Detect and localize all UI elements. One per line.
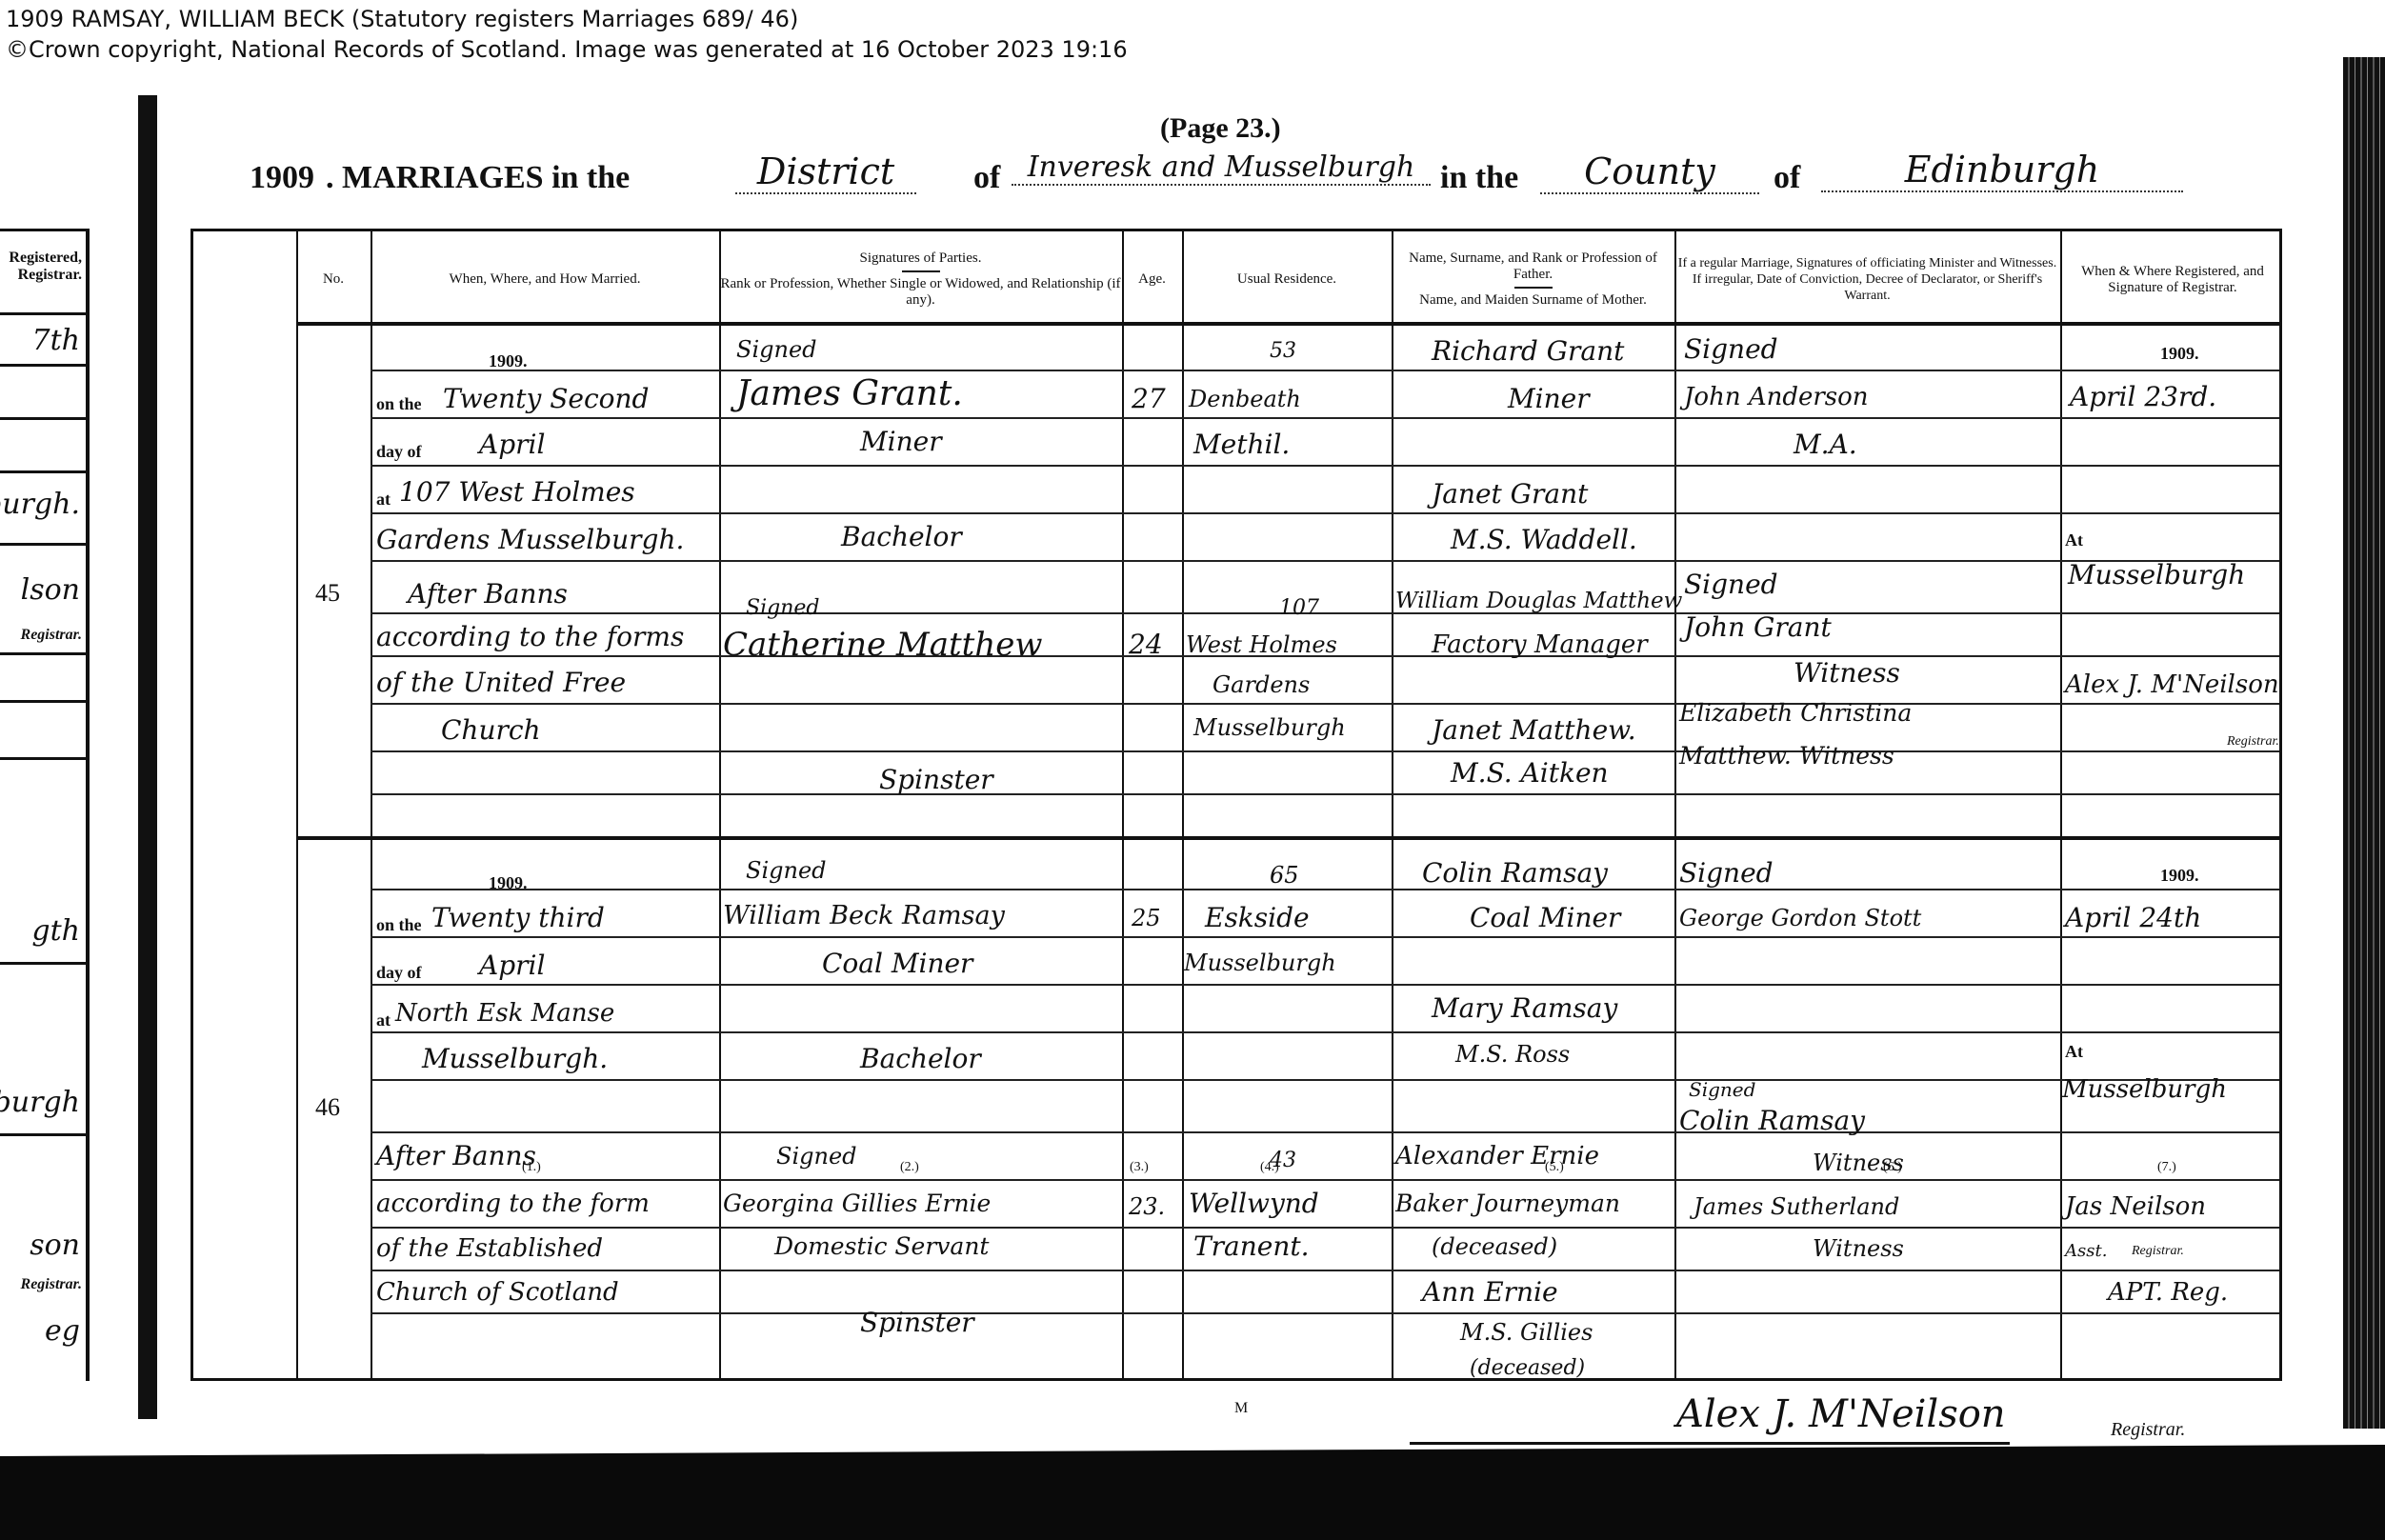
witness-2-name: Matthew. Witness bbox=[1679, 741, 1894, 771]
register-year: 1909 bbox=[250, 160, 314, 196]
header-age: Age. bbox=[1122, 239, 1182, 320]
left-page-entry: son bbox=[30, 1229, 80, 1262]
minister-signed: Signed bbox=[1684, 334, 1778, 365]
at-label: at bbox=[376, 484, 391, 514]
witnesses-signed: Signed bbox=[1684, 570, 1778, 600]
registrar-signature: Alex J. M'Neilson bbox=[2065, 670, 2279, 700]
bride-age: 23. bbox=[1129, 1191, 1165, 1222]
bride-occupation: Domestic Servant bbox=[774, 1231, 989, 1262]
marriage-year: 1909. bbox=[489, 346, 528, 376]
groom-occupation: Coal Miner bbox=[822, 949, 972, 979]
footer-registrar-signature: Alex J. M'Neilson bbox=[1676, 1392, 2006, 1436]
title-of: of bbox=[1774, 160, 1800, 196]
marriage-how: Church of Scotland bbox=[376, 1277, 619, 1308]
left-page-fragment: Registered, Registrar. 7th burgh. lson R… bbox=[0, 229, 90, 1381]
groom-mother: Janet Grant bbox=[1432, 479, 1588, 510]
groom-occupation: Miner bbox=[860, 427, 942, 457]
title-in-the: in the bbox=[1440, 160, 1518, 196]
registered-place: Musselburgh bbox=[2062, 1074, 2227, 1105]
groom-age: 27 bbox=[1132, 384, 1166, 414]
column-number: (7.) bbox=[2157, 1160, 2176, 1175]
marriage-place: Musselburgh. bbox=[422, 1044, 608, 1074]
registered-year: 1909. bbox=[2160, 860, 2199, 890]
registrar-label: Registrar. bbox=[2227, 727, 2279, 757]
marriage-year: 1909. bbox=[489, 868, 528, 898]
left-page-entry: burgh bbox=[0, 1086, 80, 1119]
register-title: 1909 . MARRIAGES in the District of Inve… bbox=[250, 160, 2231, 208]
witness-1-role: Witness bbox=[1794, 658, 1900, 689]
groom-age: 25 bbox=[1132, 903, 1161, 933]
groom-residence: Denbeath bbox=[1189, 384, 1301, 414]
registered-date: April 23rd. bbox=[2070, 382, 2216, 412]
left-page-entry: eg bbox=[45, 1314, 80, 1348]
bride-residence: Wellwynd bbox=[1189, 1189, 1319, 1219]
column-number: (4.) bbox=[1260, 1160, 1279, 1175]
marriage-day: Twenty Second bbox=[443, 384, 649, 414]
marriage-month: April bbox=[479, 950, 545, 981]
groom-residence: Methil. bbox=[1193, 430, 1290, 460]
marriage-how: of the Established bbox=[376, 1233, 603, 1264]
marriage-how: according to the form bbox=[376, 1189, 650, 1219]
witness-2-role: Witness bbox=[1813, 1233, 1904, 1264]
title-heading: . MARRIAGES in the bbox=[326, 160, 630, 196]
bride-father-occupation: Baker Journeyman bbox=[1395, 1189, 1620, 1219]
bride-father: Alexander Ernie bbox=[1395, 1141, 1599, 1171]
bride-status: Spinster bbox=[879, 765, 993, 795]
on-the-label: on the bbox=[376, 389, 422, 419]
minister-name: George Gordon Stott bbox=[1679, 903, 1921, 933]
header-registered: When & Where Registered, and Signature o… bbox=[2060, 239, 2285, 320]
registered-place: Musselburgh bbox=[2068, 560, 2245, 590]
bride-status: Spinster bbox=[860, 1308, 974, 1338]
bride-mother-note: (deceased) bbox=[1470, 1353, 1585, 1384]
marriage-how: according to the forms bbox=[376, 622, 684, 652]
marriage-place: 107 West Holmes bbox=[399, 477, 635, 508]
county-name: Edinburgh bbox=[1821, 149, 2183, 192]
registrar-prefix: Asst. bbox=[2065, 1236, 2107, 1267]
header-minister-witnesses: If a regular Marriage, Signatures of off… bbox=[1674, 239, 2060, 320]
bride-residence: Gardens bbox=[1213, 670, 1310, 700]
groom-mother-maiden: M.S. Ross bbox=[1455, 1039, 1570, 1070]
groom-residence: Eskside bbox=[1205, 903, 1310, 933]
groom-residence-number: 53 bbox=[1270, 336, 1296, 367]
bride-father-occupation: Factory Manager bbox=[1432, 630, 1648, 660]
district-word: District bbox=[735, 150, 916, 194]
left-page-registrar: Registrar. bbox=[21, 1276, 82, 1293]
witness-2-name: Elizabeth Christina bbox=[1679, 698, 1912, 729]
bride-mother: Ann Ernie bbox=[1422, 1277, 1558, 1308]
header-residence: Usual Residence. bbox=[1182, 239, 1392, 320]
page-edge bbox=[2343, 57, 2385, 1429]
minister-title: M.A. bbox=[1794, 430, 1857, 460]
entry-number: 46 bbox=[315, 1093, 340, 1122]
day-of-label: day of bbox=[376, 436, 422, 467]
footer-registrar-label: Registrar. bbox=[2111, 1419, 2185, 1441]
marriage-day: Twenty third bbox=[431, 903, 605, 933]
at-label: at bbox=[376, 1005, 391, 1035]
register-table: No. When, Where, and How Married. Signat… bbox=[190, 229, 2282, 1381]
bride-mother: Janet Matthew. bbox=[1432, 715, 1636, 746]
column-number: (5.) bbox=[1545, 1160, 1564, 1175]
left-page-header: Registered, Registrar. bbox=[9, 250, 82, 284]
bride-age: 24 bbox=[1129, 630, 1163, 660]
registrar-label: Registrar. bbox=[2132, 1236, 2184, 1267]
marriage-how: After Banns bbox=[376, 1141, 536, 1171]
bride-residence: Musselburgh bbox=[1193, 712, 1346, 743]
margin-mark: M bbox=[1234, 1400, 1248, 1417]
groom-father-occupation: Miner bbox=[1508, 384, 1590, 414]
witnesses-signed: Signed bbox=[1689, 1074, 1755, 1105]
groom-status: Bachelor bbox=[860, 1044, 981, 1074]
groom-father-occupation: Coal Miner bbox=[1470, 903, 1620, 933]
groom-mother: Mary Ramsay bbox=[1432, 993, 1617, 1024]
left-page-entry: lson bbox=[21, 573, 80, 607]
book-binding bbox=[138, 95, 157, 1419]
footer-signature-line: Alex J. M'Neilson bbox=[1410, 1392, 2010, 1445]
witness-1-name: John Grant bbox=[1684, 612, 1832, 643]
groom-status: Bachelor bbox=[841, 522, 962, 552]
bride-father: William Douglas Matthew bbox=[1395, 586, 1682, 616]
copyright-notice: ©Crown copyright, National Records of Sc… bbox=[6, 36, 1128, 63]
day-of-label: day of bbox=[376, 957, 422, 988]
bride-residence-number: 107 bbox=[1279, 593, 1319, 624]
groom-name: William Beck Ramsay bbox=[723, 901, 1005, 931]
column-number: (1.) bbox=[522, 1160, 541, 1175]
bride-residence: West Holmes bbox=[1186, 630, 1337, 660]
registered-at-label: At bbox=[2065, 525, 2083, 555]
registered-year: 1909. bbox=[2160, 338, 2199, 369]
groom-signed: Signed bbox=[746, 855, 827, 886]
registrar-signature: Jas Neilson bbox=[2065, 1191, 2206, 1222]
witness-2-name: James Sutherland bbox=[1694, 1191, 1899, 1222]
left-page-entry: 7th bbox=[32, 324, 80, 357]
column-number: (6.) bbox=[1883, 1160, 1902, 1175]
on-the-label: on the bbox=[376, 910, 422, 940]
record-title: 1909 RAMSAY, WILLIAM BECK (Statutory reg… bbox=[6, 6, 798, 32]
marriage-month: April bbox=[479, 430, 545, 460]
bride-mother-maiden: M.S. Gillies bbox=[1460, 1317, 1593, 1348]
left-page-registrar: Registrar. bbox=[21, 627, 82, 644]
bride-signed: Signed bbox=[776, 1141, 857, 1171]
marriage-how: Church bbox=[441, 715, 541, 746]
header-no: No. bbox=[296, 239, 371, 320]
bride-mother-maiden: M.S. Aitken bbox=[1451, 758, 1609, 789]
bride-name: Georgina Gillies Ernie bbox=[723, 1189, 991, 1219]
bride-signed: Signed bbox=[746, 593, 819, 624]
registered-at-label: At bbox=[2065, 1036, 2083, 1067]
groom-residence-number: 65 bbox=[1270, 860, 1299, 890]
page-number: (Page 23.) bbox=[1160, 112, 1281, 145]
header-signatures: Signatures of Parties. Rank or Professio… bbox=[719, 239, 1122, 320]
entry-number: 45 bbox=[315, 579, 340, 608]
header-parents: Name, Surname, and Rank or Profession of… bbox=[1392, 239, 1674, 320]
header-when-where-how: When, Where, and How Married. bbox=[371, 239, 719, 320]
minister-name: John Anderson bbox=[1684, 382, 1869, 412]
county-word: County bbox=[1540, 150, 1759, 194]
bride-name: Catherine Matthew bbox=[723, 630, 1042, 660]
marriage-how: After Banns bbox=[408, 579, 568, 610]
bride-father-note: (deceased) bbox=[1432, 1231, 1557, 1262]
groom-father: Richard Grant bbox=[1432, 336, 1624, 367]
registrar-note: APT. Reg. bbox=[2108, 1277, 2228, 1308]
registered-date: April 24th bbox=[2065, 903, 2201, 933]
scan-border bbox=[0, 1445, 2385, 1540]
left-page-entry: gth bbox=[31, 914, 80, 948]
groom-father: Colin Ramsay bbox=[1422, 858, 1608, 889]
marriage-place: North Esk Manse bbox=[395, 998, 614, 1029]
marriage-place: Gardens Musselburgh. bbox=[376, 525, 684, 555]
minister-signed: Signed bbox=[1679, 858, 1774, 889]
column-number: (2.) bbox=[900, 1160, 919, 1175]
groom-mother-maiden: M.S. Waddell. bbox=[1451, 525, 1637, 555]
witness-1-name: Colin Ramsay bbox=[1679, 1106, 1865, 1136]
groom-signed: Signed bbox=[736, 334, 817, 365]
title-of: of bbox=[973, 160, 1000, 196]
groom-residence: Musselburgh bbox=[1184, 948, 1336, 978]
left-page-entry: burgh. bbox=[0, 488, 80, 521]
marriage-how: of the United Free bbox=[376, 668, 626, 698]
column-number: (3.) bbox=[1130, 1160, 1149, 1175]
groom-name: James Grant. bbox=[736, 379, 963, 410]
district-name: Inveresk and Musselburgh bbox=[1012, 150, 1431, 186]
bride-residence: Tranent. bbox=[1193, 1231, 1310, 1262]
